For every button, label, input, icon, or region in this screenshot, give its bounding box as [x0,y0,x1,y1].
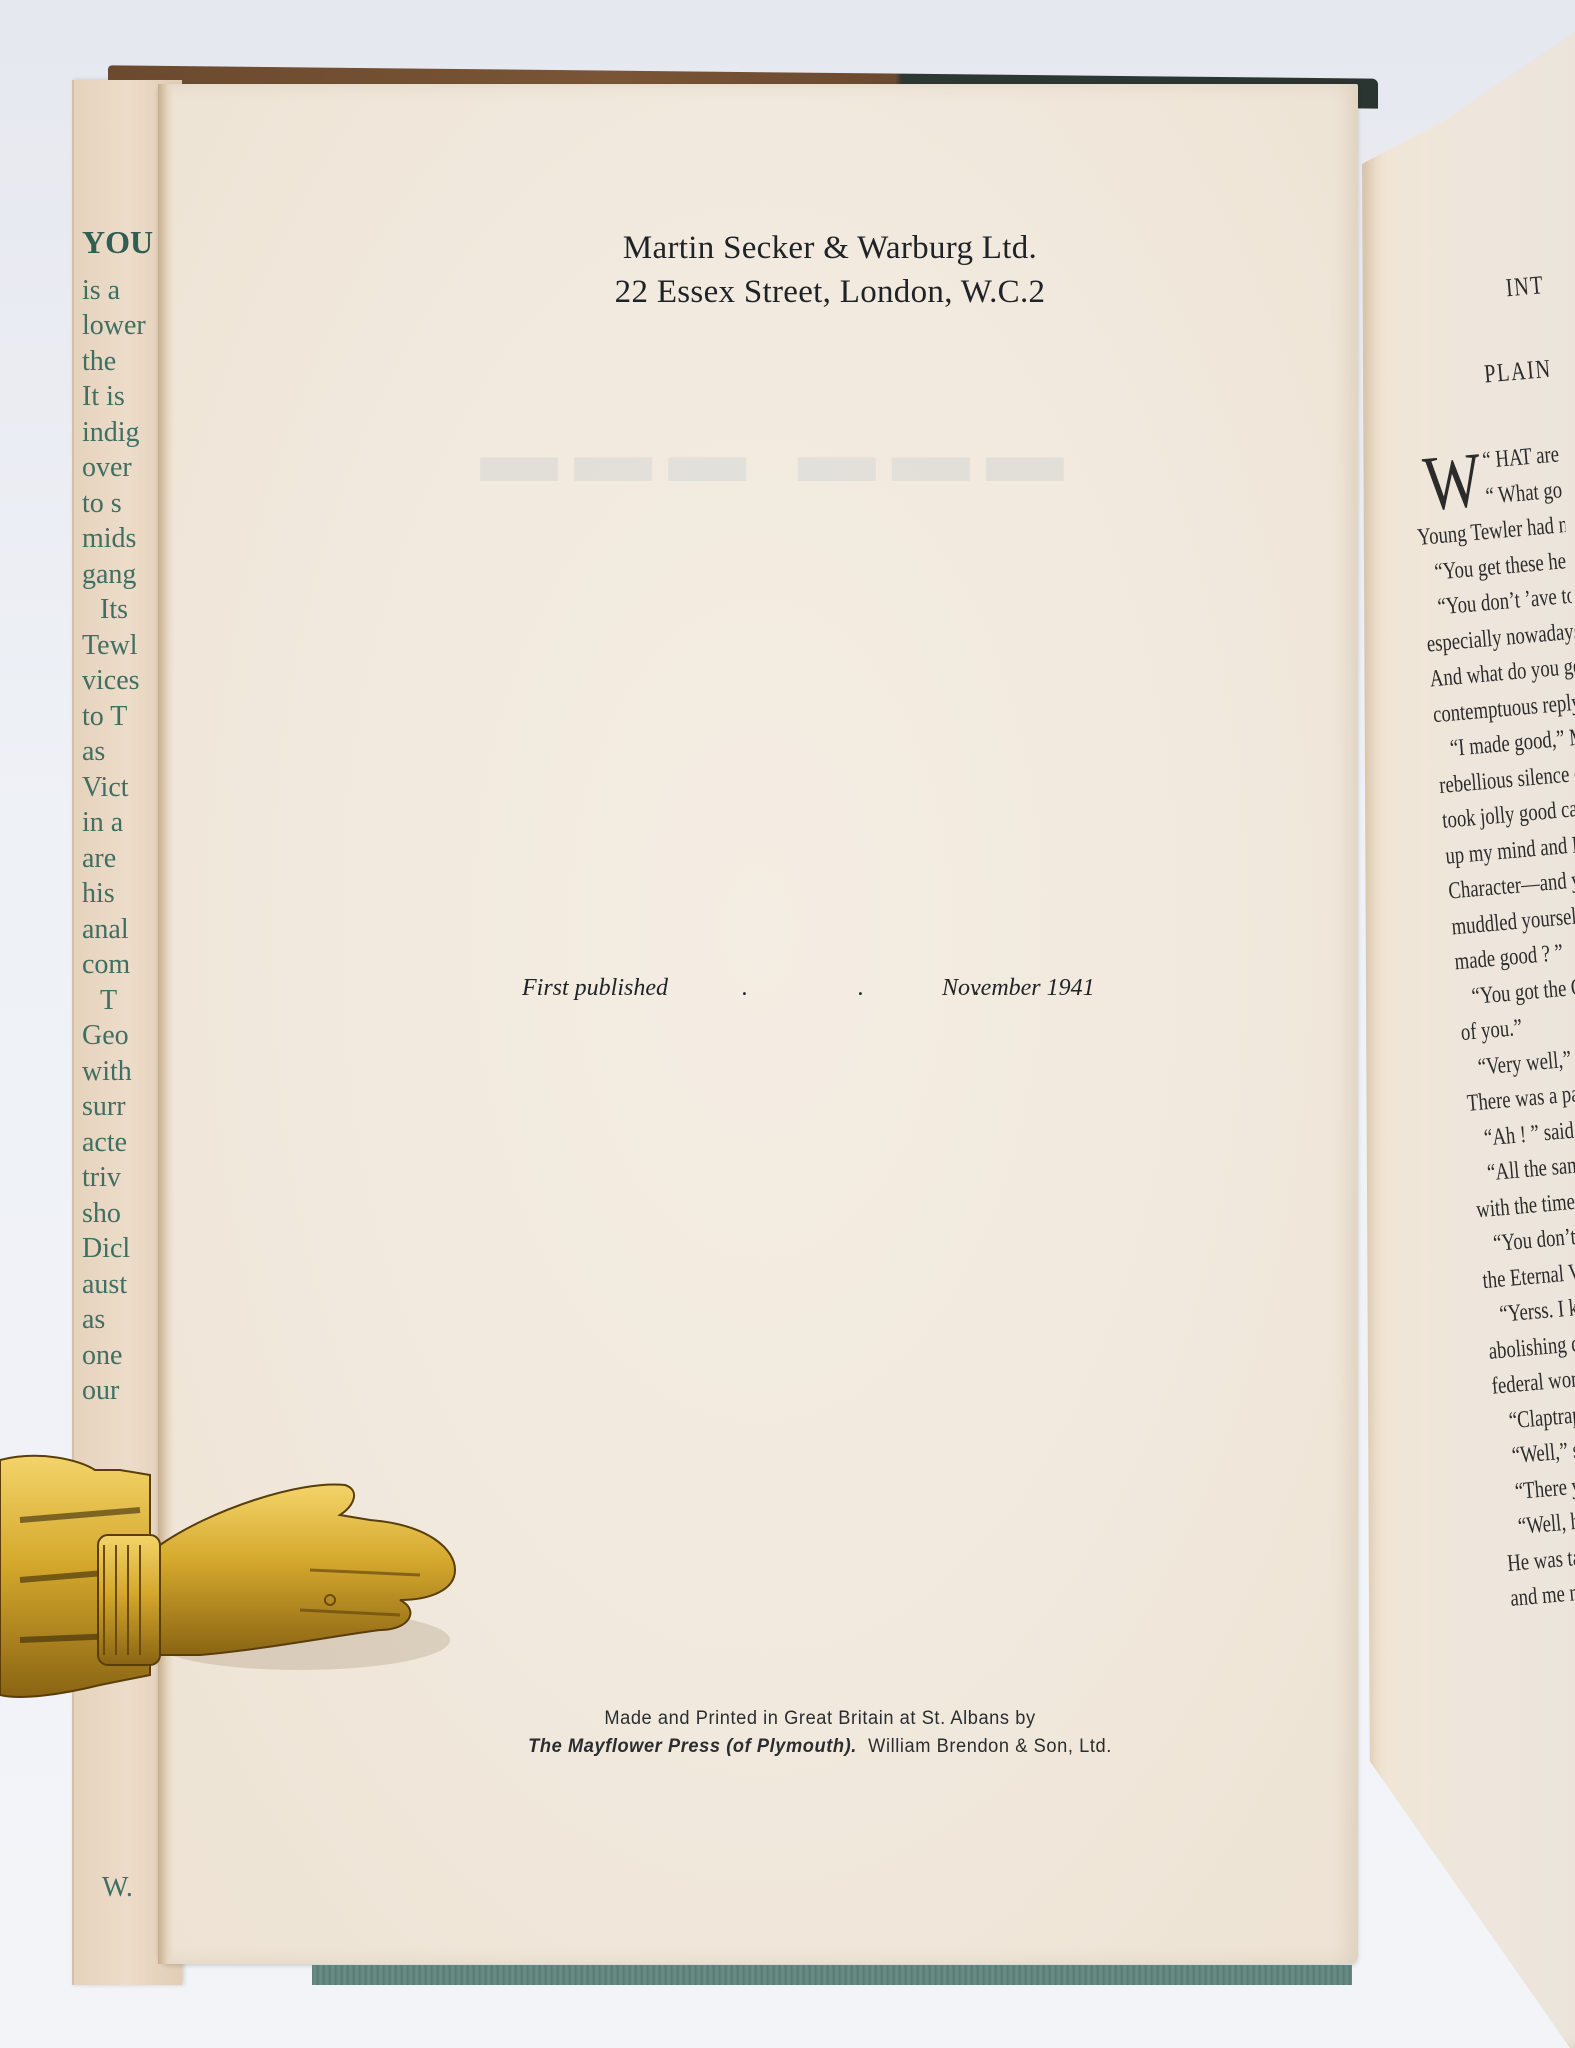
publisher-block: Martin Secker & Warburg Ltd. 22 Essex St… [560,226,1100,314]
jacket-flap-line: one [82,1338,160,1374]
jacket-flap-line: lower [82,308,160,344]
jacket-flap-title: YOU [82,225,160,261]
jacket-flap-line: Vict [82,770,160,806]
jacket-flap-line: sho [82,1196,160,1232]
jacket-flap-line: to T [82,699,160,735]
printer-company: William Brendon & Son, Ltd. [868,1736,1112,1757]
jacket-flap-line: anal [82,912,160,948]
printer-press-location: (of Plymouth). [726,1736,857,1757]
jacket-flap-line: vices [82,663,160,699]
bleed-through-title: ▬▬▬ ▬▬▬ [430,410,1130,500]
jacket-flap-line: as [82,1302,160,1338]
jacket-flap-line: aust [82,1267,160,1303]
jacket-flap-line: com [82,947,160,983]
jacket-flap-line: mids [82,521,160,557]
edition-date: November 1941 [942,975,1095,1002]
jacket-flap-line: to s [82,486,160,522]
jacket-flap-signature: W. [102,1872,133,1904]
edition-line: First published . . . November 1941 [522,975,1122,1015]
jacket-flap-line: Dicl [82,1231,160,1267]
book-photo-scene: YOU is alowertheIt isindigoverto smidsga… [0,0,1575,2048]
jacket-flap-line: triv [82,1160,160,1196]
facing-chapter-subheading: PLAIN [1402,350,1553,398]
jacket-flap-line: the [82,344,160,380]
book-cover-bottom-edge [312,1965,1352,1985]
jacket-flap-line: his [82,876,160,912]
jacket-flap-line: T [82,983,160,1019]
printer-press-name: The Mayflower Press [528,1736,720,1757]
jacket-flap-line: gang [82,557,160,593]
jacket-flap-line: is a [82,273,160,309]
jacket-flap-line: are [82,841,160,877]
printer-credit: Made and Printed in Great Britain at St.… [455,1705,1185,1761]
jacket-flap-line: Geo [82,1018,160,1054]
jacket-flap-line: over [82,450,160,486]
jacket-flap-line: acte [82,1125,160,1161]
publisher-address: 22 Essex Street, London, W.C.2 [560,270,1100,314]
jacket-flap-line: indig [82,415,160,451]
drop-cap: W [1421,448,1484,515]
jacket-flap-line: Tewl [82,628,160,664]
edition-label: First published [522,975,668,1002]
jacket-flap-line: It is [82,379,160,415]
jacket-flap-line: our [82,1373,160,1409]
printer-line-1: Made and Printed in Great Britain at St.… [455,1705,1185,1733]
jacket-flap-line: Its [82,592,160,628]
jacket-flap-blurb: YOU is alowertheIt isindigoverto smidsga… [82,225,160,1409]
publisher-name: Martin Secker & Warburg Ltd. [560,226,1100,270]
gold-hand-bookmark-icon [0,1440,460,1740]
jacket-flap-line: surr [82,1089,160,1125]
printer-line-2: The Mayflower Press (of Plymouth). Willi… [455,1733,1185,1761]
jacket-flap-line: as [82,734,160,770]
jacket-flap-line: with [82,1054,160,1090]
jacket-flap-line: in a [82,805,160,841]
